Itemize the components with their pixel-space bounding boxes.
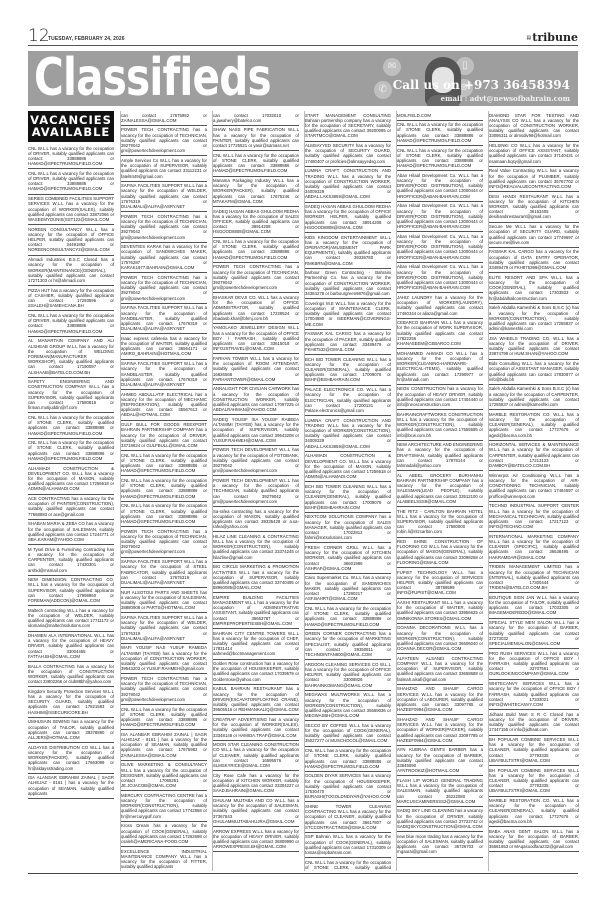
classified-ad: GOANNA DECORATIONS W.L.L has a vacancy f… [397, 624, 483, 655]
mail-icon: ✉ [383, 58, 401, 76]
column-5: MOILFIELD.COMCNL W.L.L has a vacancy for… [396, 111, 483, 871]
classified-ad: SADIQ SKY LINE CLEANING has a vacancy fo… [397, 807, 483, 832]
classified-ad: Golden Rose construction has a vacancy f… [213, 660, 299, 685]
classified-ad: SHAHZAD AND SHAUIF CARGO SERVICES W.L.L … [397, 715, 483, 746]
page-number: 12 [28, 27, 50, 45]
classified-ad: GREEN CORNER CONTRACTING has a vacancy f… [305, 630, 391, 661]
classified-ad: BALLA CONTRACTING has a vacancy for the … [28, 662, 114, 687]
classified-ad: BAHRAINCRAFTWORKS CONSTRUCTION W.L.L has… [397, 410, 483, 441]
classified-ad: CNL W.L.L has a vacancy for the occupati… [397, 121, 483, 146]
classified-ad: M Tysel Drive & Furnishing Contracting h… [28, 545, 114, 576]
classified-ad: BH POPULAR COMBINE SERVICES W.L.L has a … [489, 736, 579, 767]
classified-ad: MARBLE RESTORATION CO. W.L.L has a vacan… [489, 410, 579, 441]
classified-ad: FRESH CORNER GRILL W.L.L has a vacancy f… [305, 543, 391, 574]
classified-ad: FASMAR KAL CARGO has a vacancy for the o… [489, 248, 579, 273]
classified-ad: FARHAN TOWER W.L.L has a vacancy for the… [213, 354, 299, 385]
classified-ad: Ample Services Co W.L.L has a vacancy fo… [121, 156, 207, 181]
classified-ad: AHMED ABDULLATIF ELECTRICAL has a vacanc… [121, 390, 207, 421]
bottom-rule [28, 873, 578, 874]
classified-ad: City Rose Cafe has a vacancy for the occ… [213, 771, 299, 796]
classified-ad: Manama Packaging Industry W.L.L has a va… [213, 177, 299, 208]
classified-ad: LUMINA CRAFT CONSTRUCTION AND TRADING W.… [305, 167, 391, 203]
classified-ad: Aban Hilaal Development Co. W.L.L has a … [397, 171, 483, 202]
classified-ad: RED SHINE CONSTRUCTION OF FLOORING CO W.… [397, 538, 483, 569]
classified-ad: SPECIAL STYLE MEN SALON W.L.L has a vaca… [489, 619, 579, 650]
classified-ad: SAFINA FACILITIES SUPPORT W.L.L has a va… [121, 304, 207, 335]
classified-ad: EMPIRE BUILDING FACILITIES MANAGEMENT W.… [213, 593, 299, 629]
classified-ad: Sa-rafea contracting has a vacancy for t… [213, 507, 299, 532]
classified-ad: NUR ALSOTOUI PARTS AND SHEETS has a vaca… [121, 588, 207, 613]
classified-ad: FASWAR KAL CARGO has a vacancy for the o… [305, 330, 391, 355]
issue-date: TUESDAY, FEBRUARY 24, 2026 [48, 36, 125, 42]
classified-ad: PIZZA HUT has a vacancy for the occupati… [28, 286, 114, 311]
classified-ad: ANNALIGHT FOR CIVILIAN CARWORK has a vac… [213, 385, 299, 416]
classified-ad: SHAW NASS PIPE FABRICATION W.L.L has a v… [213, 126, 299, 151]
classified-ad: Aban Hilaal Development Co. W.L.L has a … [397, 202, 483, 233]
masthead-logo: ▤tribune [527, 31, 578, 44]
classified-ad: CNL W.L.L has a vacancy for the occupati… [121, 502, 207, 527]
classified-ad: ALDAYSS DISTRIBUTION CO W.L.L has a vaca… [28, 743, 114, 774]
classified-ad: SAFINA FACILITIES SUPPORT W.L.L has a va… [121, 182, 207, 213]
classified-ad: DESI HANDI RESTAURANT W.L.L has a vacanc… [489, 192, 579, 223]
classified-ad: UMHUSAIN SEWING has a vacancy for the oc… [28, 718, 114, 743]
classified-columns: VACANCIES AVAILABLECNL W.L.L has a vacan… [28, 111, 578, 871]
classified-ad: can contact 17032010 or a.jawahery@batel… [213, 111, 299, 126]
classified-ad: DIAMOND STAR FOR TESTING AND ANALYSIS CO… [489, 111, 579, 142]
classified-ad: Ahmadi Industries B.S.C Closed has a vac… [28, 256, 114, 287]
classified-ad: INTERNATIONAL MARKETING COMPANY W.L.L ha… [489, 532, 579, 563]
classified-ad: CNL W.L.L has a vacancy for the occupati… [28, 413, 114, 438]
classified-ad: SHINE TOWER CLEANING CONTRACTING W.L.L h… [305, 802, 391, 833]
classified-ad: CNL W.L.L has a vacancy for the occupati… [305, 747, 391, 772]
classified-ad: POWER TECH DEVELOPMENT W.L.L has a vacan… [213, 446, 299, 477]
classified-ad: BH POPULAR COMBINE SERVICES W.L.L has a … [489, 766, 579, 797]
classified-ad: GULF BULL FOR GOODS REEXPORT BAHRAIN PAR… [121, 421, 207, 452]
classified-ad: Kross Dream has a vacancy for the occupa… [121, 822, 207, 847]
classified-ad: Jidhaat Build Mart S R C Closed has a va… [489, 710, 579, 735]
classified-ad: SADEQ YOUSIF ISA YOUSIF RABEEA ALTAMIMI … [213, 415, 299, 446]
classified-ad: Saleh Abdalla Kameshki & Sons B.S.C (c) … [489, 304, 579, 335]
classified-ad: SEVENTIES KARAK has a vacancy for the oc… [121, 243, 207, 274]
classified-ad: AYN KUBRAA GENTS BARBER has a vacancy fo… [397, 746, 483, 777]
classified-ad: Isaac express cafeteria has a vacancy fo… [121, 334, 207, 359]
classified-ad: NEXTCOM SOLUTIONS COMPANY has a vacancy … [305, 513, 391, 544]
classified-ad: OLIVE MARKETING & CONSULTANCY W.L.L has … [121, 761, 207, 792]
classified-ad: YAMOLAKO JEWELLERY DESIGN W.L.L has a va… [213, 324, 299, 355]
classified-ad: POWER TECH CONTRACTING has a vacancy for… [121, 212, 207, 243]
classified-ad: JAHIZ LAUNDRY has a vacancy for the occu… [397, 293, 483, 318]
classified-ad: SERIES COMBINED FACILITIES SUPPORT SERVI… [28, 195, 114, 226]
classified-ad: START MANAGEMENT CONSULTING Bahrain part… [305, 111, 391, 142]
classified-ad: WAFI YOUSIF NAJI YUSUF RAMEDA ALTAMIMI (… [121, 644, 207, 675]
phone-icon: ✆ [374, 81, 392, 99]
classified-ad: MOON STAR CLEANING CONSTRUCTION CO W.L.L… [213, 741, 299, 772]
classified-ad: CNL W.L.L has a vacancy for the occupati… [28, 144, 114, 169]
classified-ad: ALHAMADI CONSTRUCTION & DEVELOPMENT CO. … [305, 452, 391, 483]
column-2: can contact 17675982 or ZAINALESSA@GMAIL… [120, 111, 207, 871]
column-4: START MANAGEMENT CONSULTING Bahrain part… [304, 111, 391, 871]
classified-ad: Aban Hilaal Development Co. W.L.L has a … [397, 232, 483, 263]
classified-ad: SAFINA FACILITIES SUPPORT W.L.L has a va… [121, 613, 207, 644]
classified-ad: BIG CIRCLE MARKETING & PROMOTION ACTIVIT… [213, 563, 299, 594]
column-1: VACANCIES AVAILABLECNL W.L.L has a vacan… [28, 111, 114, 871]
classified-ad: ALMSAYYED SECURITY has a vacancy for the… [305, 142, 391, 167]
classified-ad: AASHI RESTAURANT W.L.L has a vacancy for… [397, 599, 483, 624]
classified-ad: NEW ARCHITECTURE AND ENGINEERING has a v… [397, 441, 483, 472]
newspaper-page: 12 TUESDAY, FEBRUARY 24, 2026 ▤tribune C… [28, 0, 578, 900]
column-6: DIAMOND STAR FOR TESTING AND ANALYSIS CO… [488, 111, 579, 871]
classified-ad: NEOS CONSTRUCTION has a vacancy for the … [397, 385, 483, 410]
classified-ad: POWER TECH CONTRACTING has a vacancy for… [121, 126, 207, 157]
classified-ad: CNL W.L.L has a vacancy for the occupati… [305, 604, 391, 629]
classified-ad: EXCELLENCE INDUSTRIAL MAINTENANCE COMPAN… [121, 847, 207, 871]
classified-ad: TECHNO INDUSTRIAL SUPPORT CENTER W.L.L h… [489, 502, 579, 533]
classifieds-banner: Classifieds ✉ ✆ ▯ ⊕ Call us on +973 3645… [28, 51, 578, 106]
classified-ad: BCH BID TOWER CLEANING W.L.L has a vacan… [305, 482, 391, 513]
classified-ad: AL ABEEL GROCERY BURHANHU BAHRAIN PARTNE… [397, 471, 483, 507]
classified-ad: can contact 17675982 or ZAINALESSA@GMAIL… [121, 111, 207, 126]
classified-ad: CNL W.L.L has a vacancy for the occupati… [28, 439, 114, 464]
classified-ad: GHULAM MUJTABA AND CO W.L.L has a vacanc… [213, 797, 299, 828]
classified-ad: ALHAMADI CONSTRUCTION & DEVELOPMENT CO. … [28, 464, 114, 495]
classified-ad: ARDOON CLEANING SERVICES CO W.L.L has a … [305, 660, 391, 691]
masthead-prefix: ▤ [527, 35, 532, 41]
classified-ad: SECCO BY COFFEE W.L.L has a vacancy for … [305, 721, 391, 746]
classified-ad: NOREEN CONSULTANCY W.L.L has a vacancy f… [28, 225, 114, 256]
classified-ad: Winnerpot Air Conditioning W.L.L has a v… [489, 471, 579, 502]
classified-ad: LUMINA CRAFT CONSTRUCTION AND TRADING W.… [305, 416, 391, 452]
section-title: Classifieds [34, 51, 271, 106]
vacancies-heading: VACANCIES AVAILABLE [28, 111, 114, 142]
column-3: can contact 17032010 or a.jawahery@batel… [212, 111, 299, 871]
classified-ad: FLASH LIP WORLD GENERAL TRADING W.L.L ha… [397, 776, 483, 807]
classified-ad: KIDS KINGDOM ENTERTAINMENT W.L.L has a v… [305, 233, 391, 269]
call-number: Call us on +973 36458394 [393, 78, 570, 92]
classified-ad: Aban Hilaal Development Co. W.L.L has a … [397, 263, 483, 294]
classified-ad: Real Value Contracting W.L.L has a vacan… [489, 167, 579, 192]
classified-ad: CNL W.L.L has a vacancy for the occupati… [28, 311, 114, 336]
classified-ad: PALACE ELECTRONICS CO. W.L.L has a vacan… [305, 386, 391, 417]
classified-ad: CREATRAF ADVERTISING has a vacancy for t… [213, 715, 299, 740]
classified-ad: POWER TECH CONTRACTING has a vacancy for… [213, 263, 299, 294]
classified-ad: SHABAN MARIA & ZEBA CO has a vacancy for… [28, 520, 114, 545]
classified-ad: PRO RUSH SERVICES W.L.L has a vacancy fo… [489, 649, 579, 680]
classified-ad: Kingdom Security Protection Services W.L… [28, 687, 114, 718]
classified-ad: KABUL BAHRAIN RESTAURANT has a vacancy f… [213, 685, 299, 716]
classified-ad: CEBARCO BAHRAIN W.L.L has a vacancy for … [397, 319, 483, 350]
classified-ad: CNL W.L.L has a vacancy for the occupati… [121, 705, 207, 730]
classified-ad: ARROW EXPRESS W.L.L has a vacancy for th… [213, 827, 299, 852]
classified-ad: Cairo Supermarket Co. W.L.L has a vacanc… [305, 574, 391, 605]
classified-ad: WHITECANVY SERVICES W.L.L has a vacancy … [489, 680, 579, 711]
classified-ad: SADEQ HASAN ABBAS GHULOOM REDHA has a va… [213, 207, 299, 238]
classified-ad: POWER TECH CONTRACTING has a vacancy for… [121, 527, 207, 558]
classified-ad: Secure Me W.L.L has a vacancy for the oc… [489, 223, 579, 248]
classified-ad: NEW DIMENSION CONTRACTING CO. W.L.L has … [28, 576, 114, 607]
classified-ad: BCH BID TOWER CLEANING W.L.L has a vacan… [305, 355, 391, 386]
classified-ad: SAFINA FACILITIES SUPPORT W.L.L has a va… [121, 360, 207, 391]
classified-ad: MOHAMMED AHMADI CO W.L.L has a vacancy f… [397, 349, 483, 385]
classified-ad: HELSINKI CO W.L.L has a vacancy for the … [489, 142, 579, 167]
classified-ad: CNL W.L.L has a vacancy for the occupati… [121, 476, 207, 501]
classified-ad: DHAMEN ALA INTERNATIONAL W.L.L has a vac… [28, 632, 114, 663]
classified-ad: BAHRAIN CITY CENTRE TOWERS W.L.L has a v… [213, 629, 299, 660]
classified-ad: SADEQ HASAN ABBAS GHULOOM REDHA has a va… [305, 203, 391, 234]
classified-ad: CNL W.L.L has a vacancy for the occupati… [397, 146, 483, 171]
classified-ad: JSA WHEELS TRADING CO. W.L.L has a vacan… [489, 334, 579, 359]
classified-ad: ELITE RESORT AND SPA W.L.L has a vacancy… [489, 273, 579, 304]
classified-ad: AL MANARTAIN COMPANY AND ALI ALSHEAB GRO… [28, 337, 114, 378]
classified-ad: BHASKAR DEVJI CO. W.L.L has a vacancy fo… [213, 293, 299, 324]
contact-email: email : advt@newsofbahrain.com [441, 94, 570, 103]
classified-ad: Saleh Abdalla Kameshki & Sons B.S.C (c) … [489, 385, 579, 410]
classified-ad: CNL W.L.L has a vacancy for the occupati… [213, 151, 299, 176]
classified-ad: MOILFIELD.COM [397, 111, 483, 121]
classified-ad: TRIDEN MANAGEMENT LIMITED has a vacancy … [489, 563, 579, 594]
classified-ad: POWER TECH CONTRACTING has a vacancy for… [121, 273, 207, 304]
classified-ad: new blue moon trading has a vacancy for … [397, 832, 483, 857]
classified-ad: POWER TECH DEVELOPMENT W.L.L has a vacan… [213, 476, 299, 507]
classified-ad: ACE CONTRACTING has a vacancy for the oc… [28, 495, 114, 520]
classified-ad: SHAHZAD AND SHAUIF CARGO SERVICES W.L.L … [397, 685, 483, 716]
classified-ad: POWER TECH CONTRACTING has a vacancy for… [121, 674, 207, 705]
classified-ad: ISA ALANSAR EBRAHIM ZAINAL | SAGR ALHEJA… [28, 774, 114, 799]
classified-ad: MERCURY CONTRACTING CENTRE has a vacancy… [121, 791, 207, 822]
classified-ad: MARBLE RESTORATION CO. W.L.L has a vacan… [489, 797, 579, 828]
classified-ad: SSP Bahrain W.L.L has a vacancy for the … [305, 833, 391, 858]
classified-ad: barbour Green Contracting - Bahraini Par… [305, 269, 391, 300]
classified-ad: ISA ALANBAR EBRAHIM ZAINAL | SAGR ALHEJA… [121, 730, 207, 761]
classified-ad: Coverings M.E W.L.L has a vacancy for th… [305, 299, 391, 330]
classified-ad: THE RITZ - CARLTON BAHRAIN HOTEL W.L.L h… [397, 507, 483, 538]
classified-ad: BOUTIQUE SIGN JAN W.L.L has a vacancy fo… [489, 593, 579, 618]
classified-ad: FUPIST TECHNOLOGY W.L.L has a vacancy fo… [397, 568, 483, 599]
classified-ad: GOLDEN DIYAR SERVICES has a vacancy for … [305, 772, 391, 803]
classified-ad: SAFETY ENGINEERING AND CONSTRUCTION COMP… [28, 378, 114, 414]
page-header: 12 TUESDAY, FEBRUARY 24, 2026 ▤tribune [28, 27, 578, 46]
classified-ad: Bids Consulting W.L.L has a vacancy for … [489, 360, 579, 385]
classified-ad: Maltech contracting W.L.L has a vacancy … [28, 606, 114, 631]
masthead-brand: tribune [532, 31, 578, 44]
classified-ad: MEGAWAS MULTIWORKS W.L.L has a vacancy f… [305, 691, 391, 722]
classified-ad: HORIZONTAL SERVICES & MAINTENANCE W.L.L … [489, 441, 579, 472]
classified-ad: HILAZ LINE CLEANING & CONTRACTING W.L.L … [213, 532, 299, 563]
classified-ad: BABA ANAS GENT SALON W.L.L has a vacancy… [489, 827, 579, 852]
classified-ad: SAFINA FACILITIES SUPPORT W.L.L has a va… [121, 558, 207, 589]
classified-ad: CNL W.L.L has a vacancy for the occupati… [213, 238, 299, 263]
classified-ad: CNL W.L.L has a vacancy for the occupati… [121, 451, 207, 476]
classified-ad: ALFATEEN ALSANEI CONTRACTING COMPANY W.L… [397, 654, 483, 685]
classified-ad: CNL W.L.L has a vacancy for the occupati… [305, 858, 391, 871]
classified-ad: CNL W.L.L has a vacancy for the occupati… [28, 169, 114, 194]
